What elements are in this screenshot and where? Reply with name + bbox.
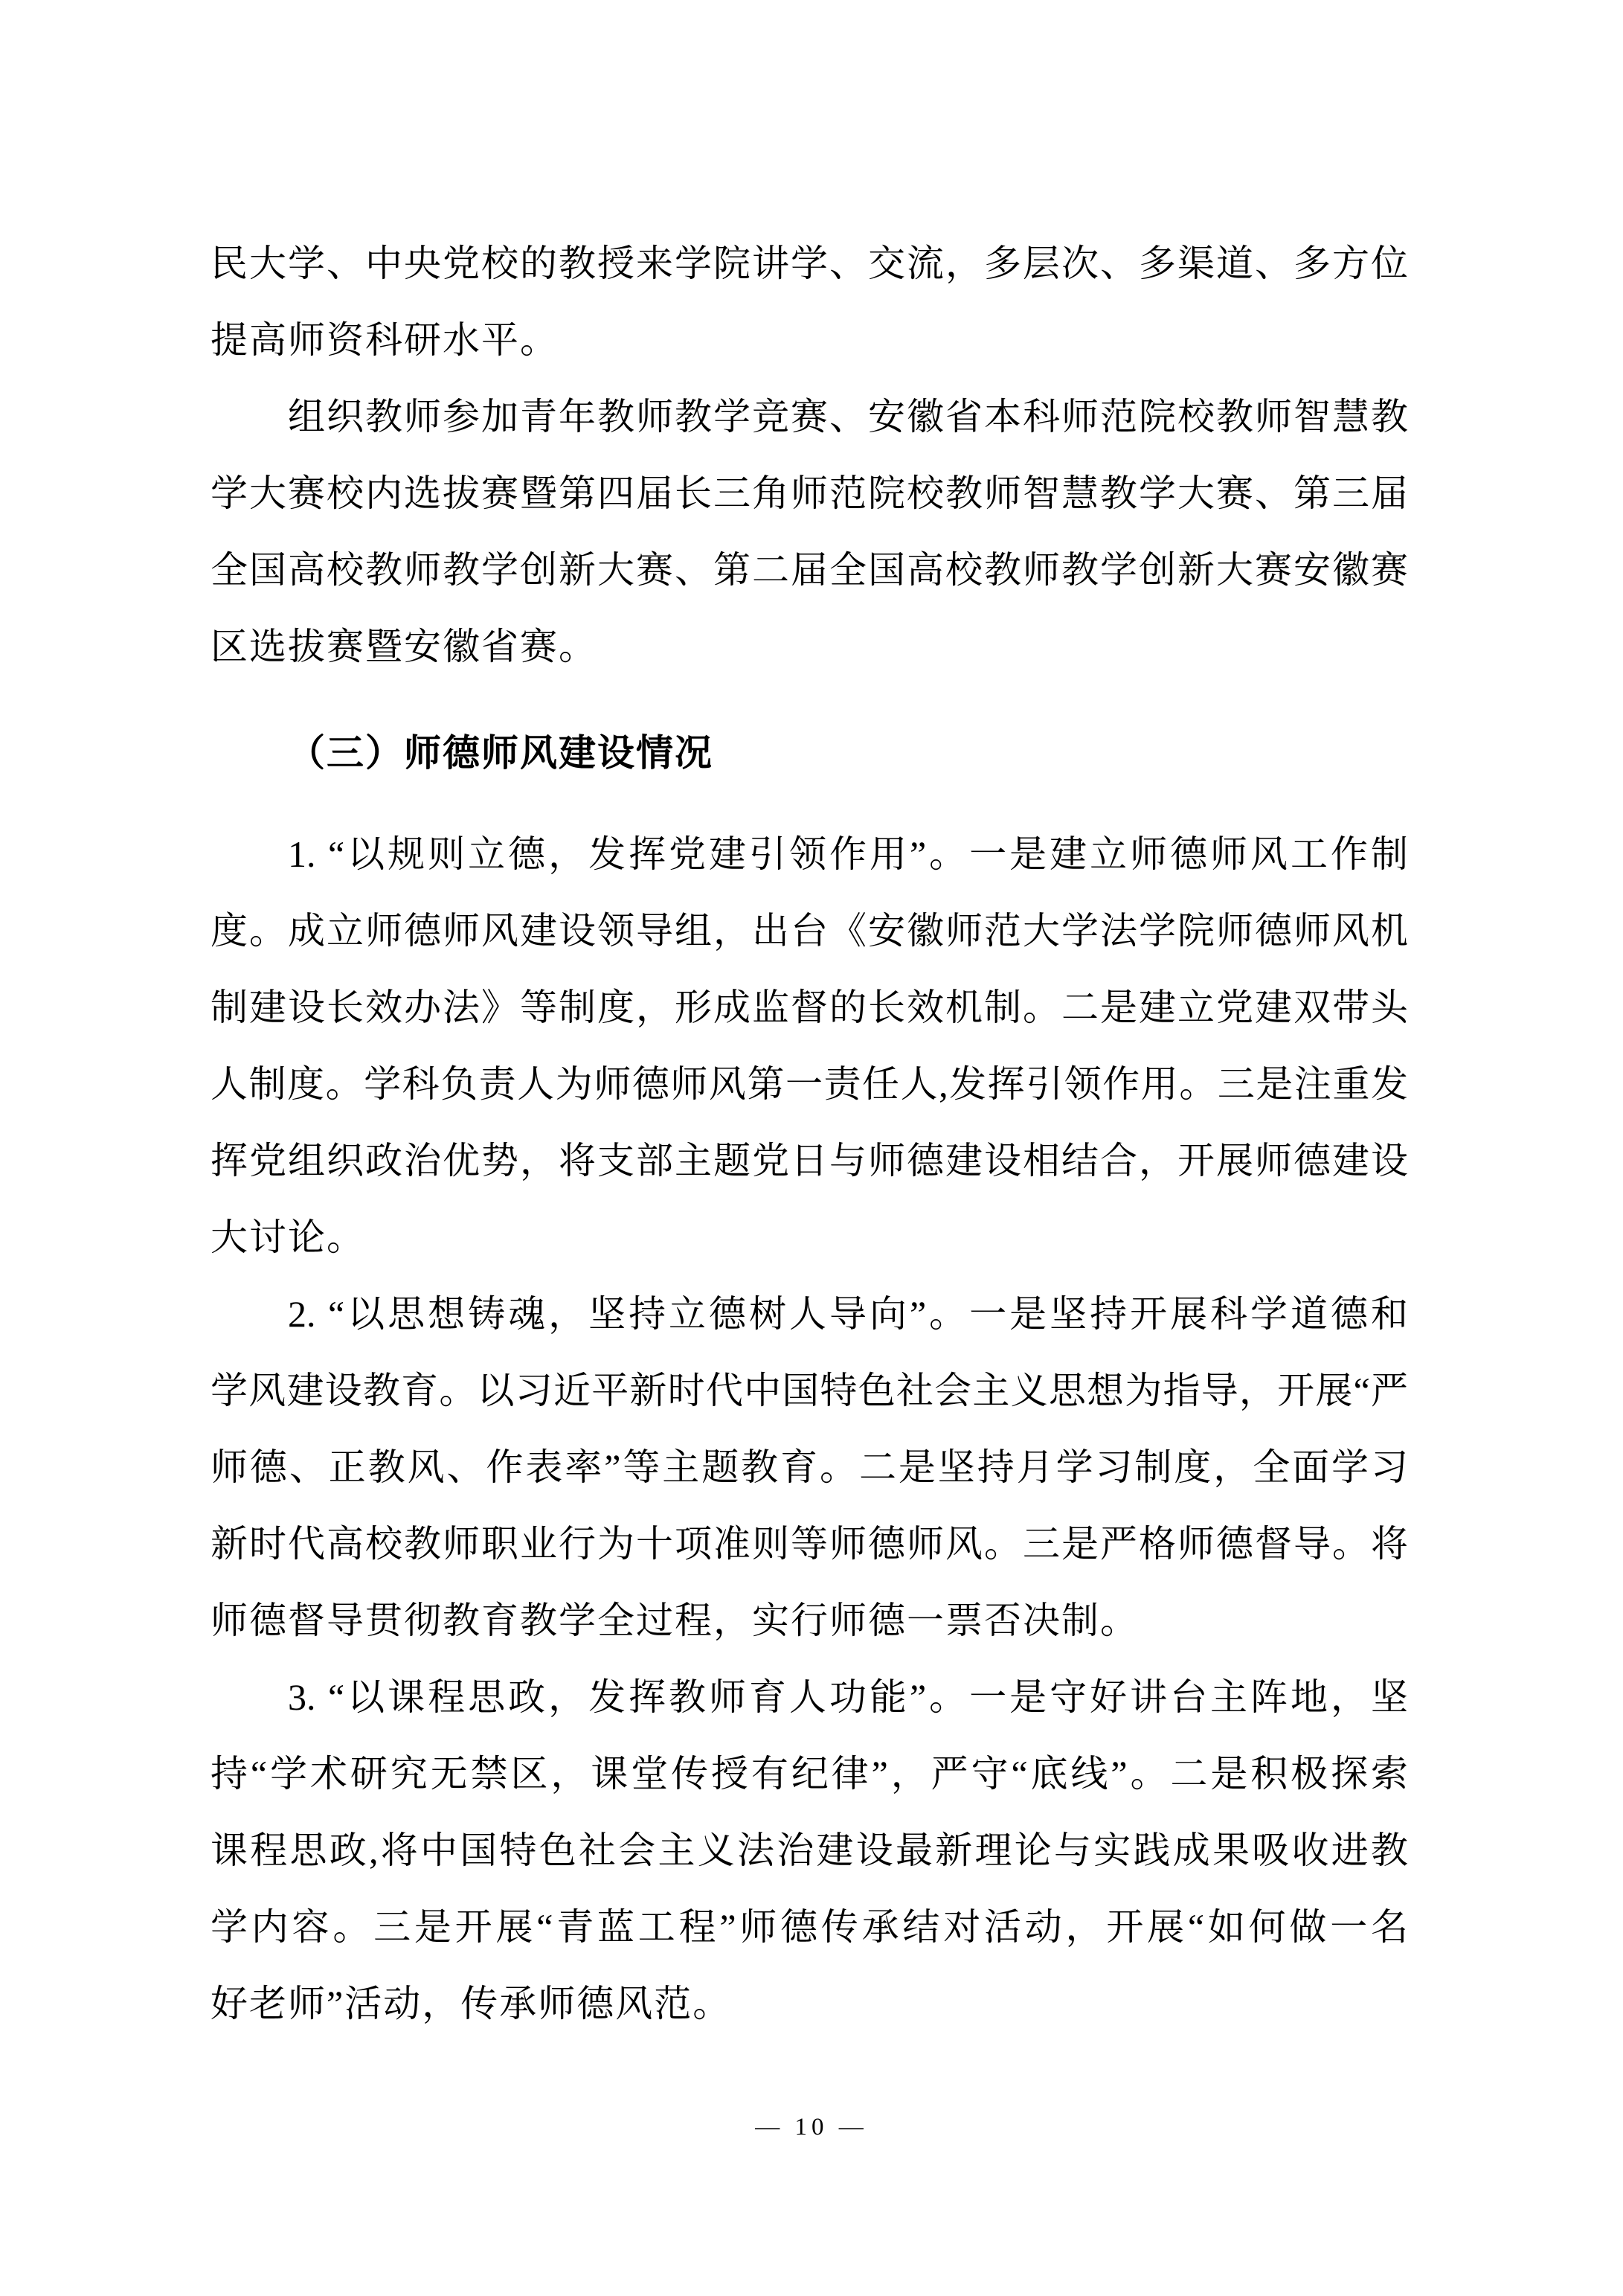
- body-line: 民大学、中央党校的教授来学院讲学、交流，多层次、多渠道、多方位: [210, 225, 1408, 302]
- body-line: 学风建设教育。以习近平新时代中国特色社会主义思想为指导，开展“严: [210, 1353, 1408, 1429]
- body-line: 挥党组织政治优势，将支部主题党日与师德建设相结合，开展师德建设: [210, 1123, 1408, 1199]
- page-footer: — 10 —: [0, 2111, 1623, 2143]
- body-line: 2. “以思想铸魂，坚持立德树人导向”。一是坚持开展科学道德和: [210, 1276, 1408, 1353]
- paragraph: 2. “以思想铸魂，坚持立德树人导向”。一是坚持开展科学道德和 学风建设教育。以…: [210, 1276, 1408, 1659]
- body-line: 制建设长效办法》等制度，形成监督的长效机制。二是建立党建双带头: [210, 969, 1408, 1046]
- body-line: 新时代高校教师职业行为十项准则等师德师风。三是严格师德督导。将: [210, 1506, 1408, 1582]
- section-heading: （三）师德师风建设情况: [210, 715, 1408, 792]
- paragraph: 组织教师参加青年教师教学竞赛、安徽省本科师范院校教师智慧教 学大赛校内选拔赛暨第…: [210, 379, 1408, 685]
- body-line: 提高师资科研水平。: [210, 302, 1408, 379]
- body-line: 课程思政,将中国特色社会主义法治建设最新理论与实践成果吸收进教: [210, 1812, 1408, 1889]
- paragraph: 民大学、中央党校的教授来学院讲学、交流，多层次、多渠道、多方位 提高师资科研水平…: [210, 225, 1408, 379]
- body-line: 学大赛校内选拔赛暨第四届长三角师范院校教师智慧教学大赛、第三届: [210, 455, 1408, 532]
- body-line: 大讨论。: [210, 1199, 1408, 1276]
- body-line: 度。成立师德师风建设领导组，出台《安徽师范大学法学院师德师风机: [210, 893, 1408, 969]
- body-line: 3. “以课程思政，发挥教师育人功能”。一是守好讲台主阵地，坚: [210, 1659, 1408, 1736]
- body-text: 民大学、中央党校的教授来学院讲学、交流，多层次、多渠道、多方位 提高师资科研水平…: [210, 225, 1408, 2042]
- body-line: 人制度。学科负责人为师德师风第一责任人,发挥引领作用。三是注重发: [210, 1046, 1408, 1123]
- body-line: 师德督导贯彻教育教学全过程，实行师德一票否决制。: [210, 1582, 1408, 1659]
- page-number: — 10 —: [755, 2114, 868, 2141]
- body-line: 学内容。三是开展“青蓝工程”师德传承结对活动，开展“如何做一名: [210, 1889, 1408, 1966]
- body-line: 组织教师参加青年教师教学竞赛、安徽省本科师范院校教师智慧教: [210, 379, 1408, 455]
- paragraph: 1. “以规则立德，发挥党建引领作用”。一是建立师德师风工作制 度。成立师德师风…: [210, 816, 1408, 1276]
- document-page: 民大学、中央党校的教授来学院讲学、交流，多层次、多渠道、多方位 提高师资科研水平…: [0, 0, 1623, 2296]
- paragraph: 3. “以课程思政，发挥教师育人功能”。一是守好讲台主阵地，坚 持“学术研究无禁…: [210, 1659, 1408, 2042]
- body-line: 1. “以规则立德，发挥党建引领作用”。一是建立师德师风工作制: [210, 816, 1408, 893]
- body-line: 全国高校教师教学创新大赛、第二届全国高校教师教学创新大赛安徽赛: [210, 532, 1408, 609]
- body-line: 好老师”活动，传承师德风范。: [210, 1966, 1408, 2042]
- body-line: 持“学术研究无禁区，课堂传授有纪律”，严守“底线”。二是积极探索: [210, 1736, 1408, 1812]
- body-line: 师德、正教风、作表率”等主题教育。二是坚持月学习制度，全面学习: [210, 1429, 1408, 1506]
- body-line: 区选拔赛暨安徽省赛。: [210, 609, 1408, 685]
